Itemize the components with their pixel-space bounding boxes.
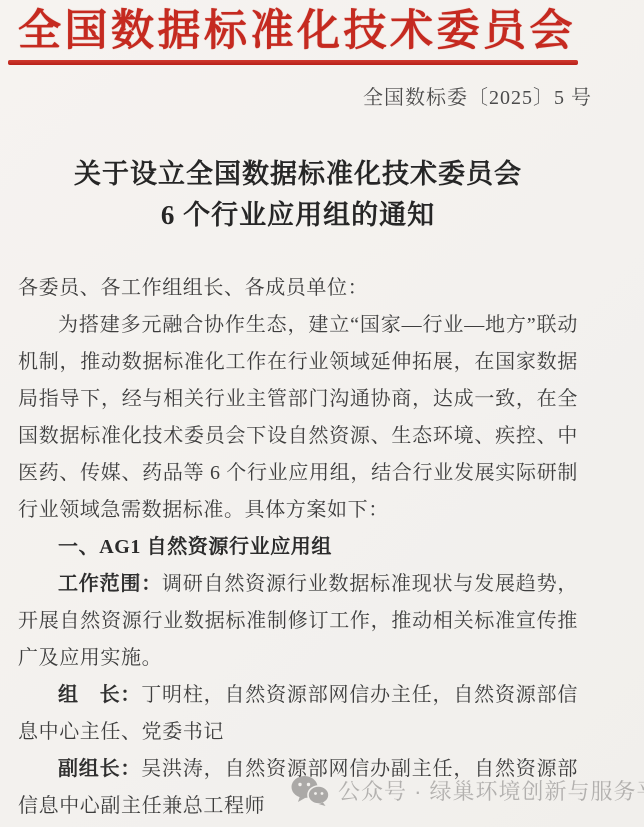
watermark-text: 公众号 · 绿巢环境创新与服务平台 bbox=[338, 775, 644, 806]
scope-label: 工作范围： bbox=[58, 573, 162, 595]
official-document: 全国数据标准化技术委员会 全国数标委〔2025〕5 号 关于设立全国数据标准化技… bbox=[18, 0, 578, 825]
leader-label: 组 长： bbox=[58, 684, 141, 706]
document-page: 全国数据标准化技术委员会 全国数标委〔2025〕5 号 关于设立全国数据标准化技… bbox=[0, 0, 644, 827]
watermark: 公众号 · 绿巢环境创新与服务平台 bbox=[291, 775, 644, 806]
section1-heading: 一、AG1 自然资源行业应用组 bbox=[18, 529, 578, 566]
salutation: 各委员、各工作组组长、各成员单位： bbox=[18, 270, 578, 307]
letterhead-org-name: 全国数据标准化技术委员会 bbox=[18, 8, 578, 56]
document-title: 关于设立全国数据标准化技术委员会 6 个行业应用组的通知 bbox=[18, 154, 578, 236]
intro-paragraph: 为搭建多元融合协作生态，建立“国家—行业—地方”联动机制，推动数据标准化工作在行… bbox=[18, 307, 578, 529]
wechat-icon bbox=[291, 775, 329, 806]
document-title-line2: 6 个行业应用组的通知 bbox=[18, 195, 578, 236]
document-title-line1: 关于设立全国数据标准化技术委员会 bbox=[18, 154, 578, 195]
section1-scope: 工作范围：调研自然资源行业数据标准现状与发展趋势，开展自然资源行业数据标准制修订… bbox=[18, 566, 578, 677]
letterhead-red-rule bbox=[8, 60, 578, 65]
deputy-label: 副组长： bbox=[58, 758, 141, 780]
section1-leader: 组 长：丁明柱，自然资源部网信办主任，自然资源部信息中心主任、党委书记 bbox=[18, 677, 578, 751]
document-number: 全国数标委〔2025〕5 号 bbox=[18, 86, 592, 110]
document-body: 各委员、各工作组组长、各成员单位： 为搭建多元融合协作生态，建立“国家—行业—地… bbox=[18, 270, 578, 825]
